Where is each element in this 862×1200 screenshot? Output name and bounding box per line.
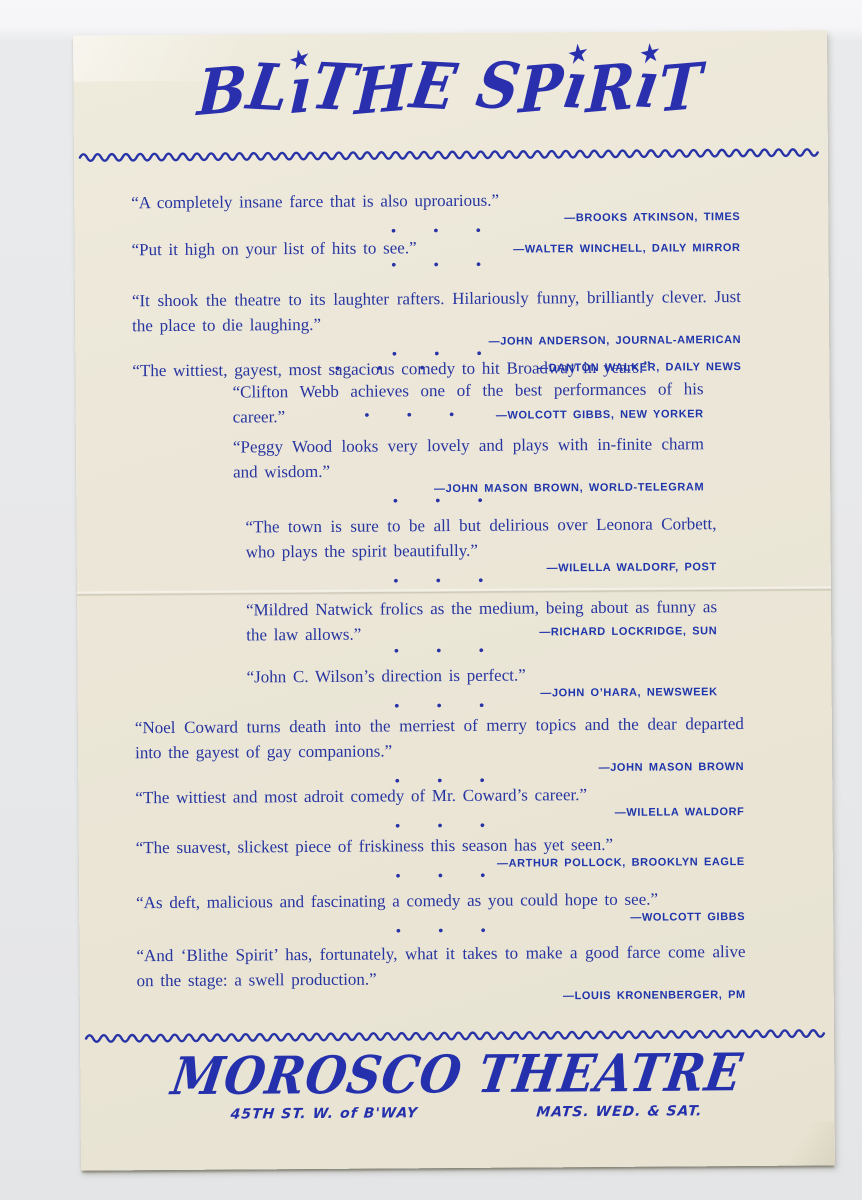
flyer-paper: BL★ıTHE SP★ıR★ıT “A completely insane fa…: [73, 30, 835, 1170]
quote-block: “And ‘Blithe Spirit’ has, fortunately, w…: [136, 939, 745, 1006]
dots-separator: • • •: [134, 644, 743, 660]
quote-text: “Peggy Wood looks very lovely and plays …: [233, 431, 704, 484]
quote-attribution: —WOLCOTT GIBBS, NEW YORKER: [496, 402, 704, 428]
quote-text: “The town is sure to be all but deliriou…: [245, 511, 716, 564]
star-icon: ★: [640, 40, 661, 67]
quote-block: “Peggy Wood looks very lovely and plays …: [233, 431, 704, 497]
show-title-block: BL★ıTHE SP★ıR★ıT: [73, 46, 828, 147]
quote-attribution: —WALTER WINCHELL, DAILY MIRROR: [513, 242, 740, 256]
quote-block: “Mildred Natwick frolics as the medium, …: [246, 594, 717, 647]
quote-block: “The town is sure to be all but deliriou…: [245, 511, 716, 577]
quote-block: “The suavest, slickest piece of friskine…: [136, 831, 745, 873]
dots-separator: • • •: [133, 494, 742, 510]
quote-attribution: —RICHARD LOCKRIDGE, SUN: [539, 619, 717, 645]
review-quotes: “A completely insane farce that is also …: [131, 186, 746, 1006]
quote-text: “Put it high on your list of hits to see…: [131, 235, 416, 262]
quote-block: “The wittiest and most adroit comedy of …: [135, 781, 744, 823]
quote-block: “Noel Coward turns death into the merrie…: [135, 711, 744, 778]
quote-block: “A completely insane farce that is also …: [131, 186, 740, 228]
star-icon: ★: [568, 41, 589, 68]
dots-separator: • • •: [134, 574, 743, 590]
quote-text: “John C. Wilson’s direction is perfect.”: [246, 661, 717, 689]
venue-address: 45TH ST. W. of B'WAY: [230, 1105, 419, 1122]
star-icon: ★: [288, 45, 312, 74]
quote-block: “John C. Wilson’s direction is perfect.”…: [246, 661, 717, 702]
dots-separator: • • •: [323, 403, 496, 429]
wavy-divider-top: [78, 144, 832, 162]
quote-block: “As deft, malicious and fascinating a co…: [136, 886, 745, 928]
show-title: BL★ıTHE SP★ıR★ıT: [194, 49, 707, 127]
dogear-corner: [777, 1121, 835, 1165]
scanned-flyer: BL★ıTHE SP★ıR★ıT “A completely insane fa…: [0, 0, 862, 1200]
quote-block: “It shook the theatre to its laughter ra…: [132, 284, 741, 351]
quote-block: “Clifton Webb achieves one of the best p…: [232, 376, 703, 430]
venue-name: MOROSCO THEATRE: [168, 1043, 747, 1108]
quote-text: “Noel Coward turns death into the merrie…: [135, 711, 744, 765]
venue-block: MOROSCO THEATRE 45TH ST. W. of B'WAY MAT…: [80, 1038, 835, 1123]
quote-text: “And ‘Blithe Spirit’ has, fortunately, w…: [136, 939, 745, 993]
venue-matinees: MATS. WED. & SAT.: [536, 1103, 704, 1120]
quote-text: “It shook the theatre to its laughter ra…: [132, 284, 741, 338]
